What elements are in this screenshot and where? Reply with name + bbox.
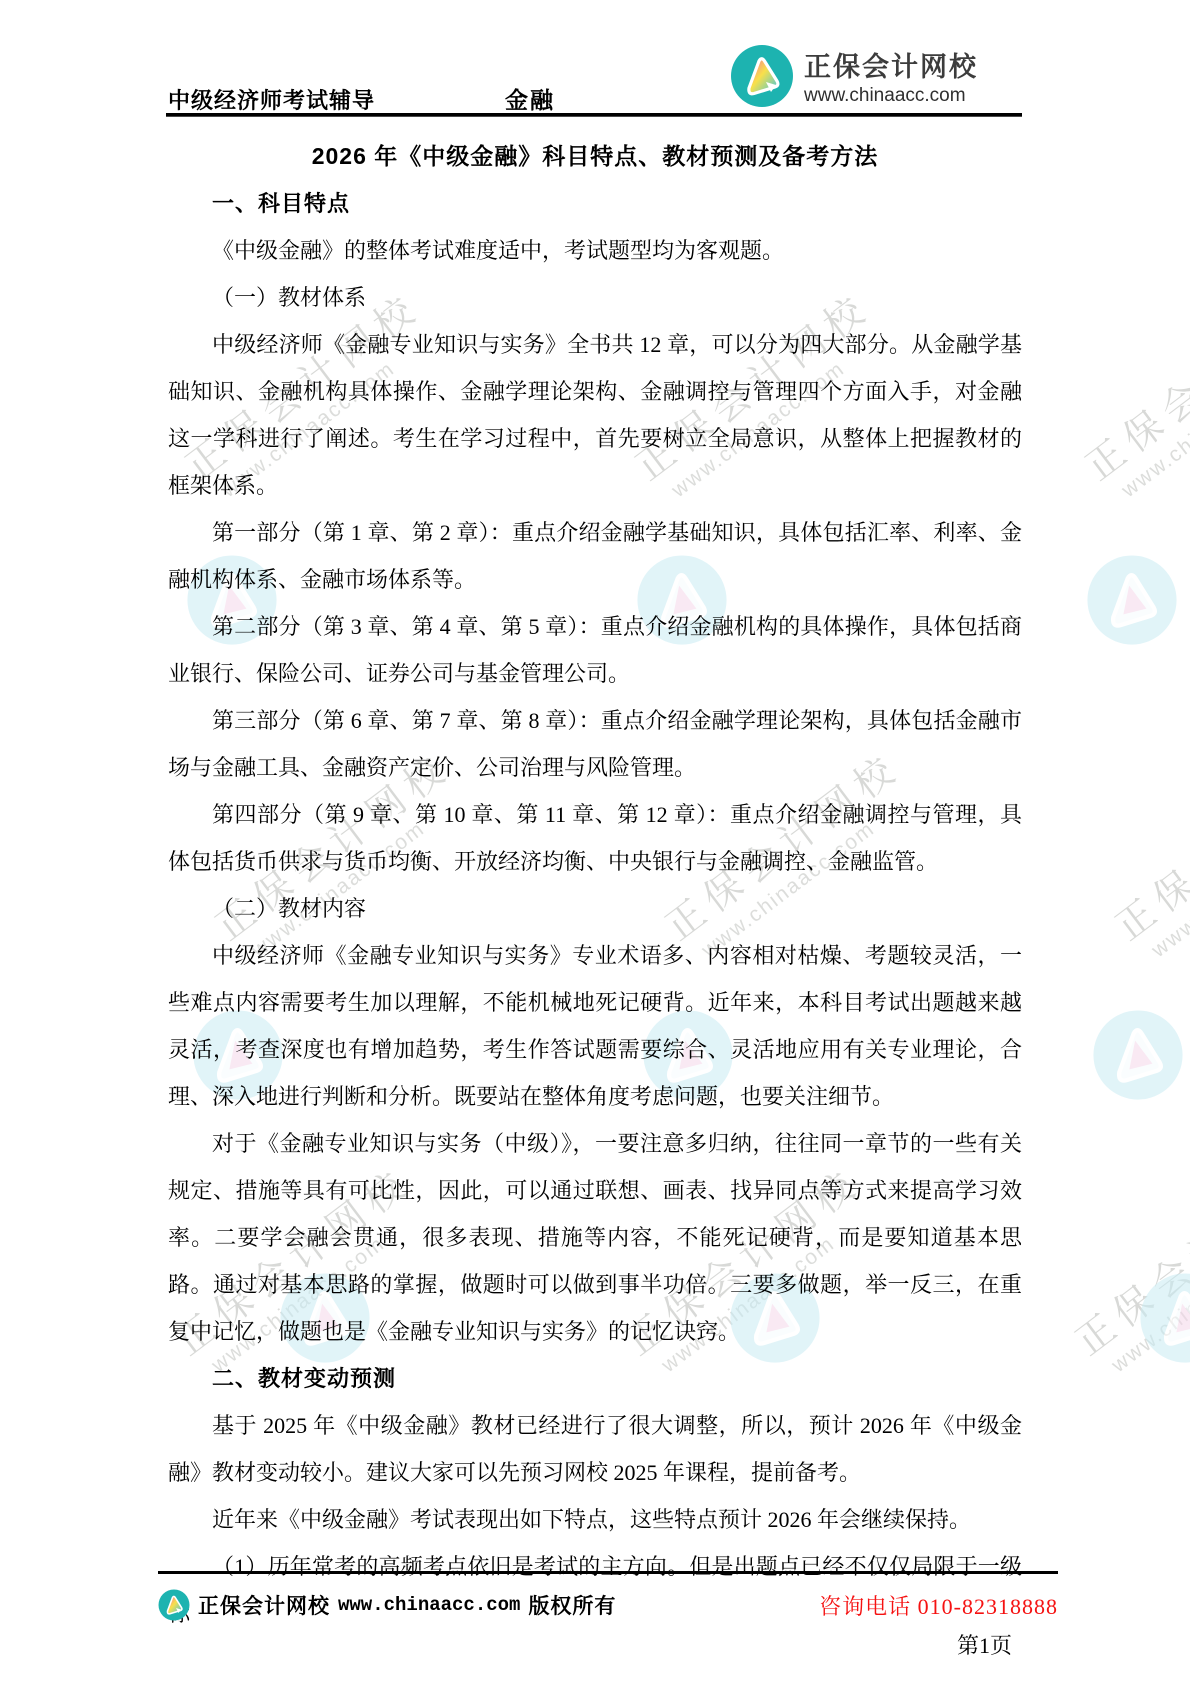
section-heading: 二、教材变动预测 xyxy=(168,1355,1022,1402)
paragraph: 第三部分（第 6 章、第 7 章、第 8 章）：重点介绍金融学理论架构，具体包括… xyxy=(168,697,1022,791)
page-number: 第1页 xyxy=(957,1629,1012,1660)
document-content: 一、科目特点《中级金融》的整体考试难度适中，考试题型均为客观题。（一）教材体系中… xyxy=(168,180,1022,1637)
paragraph: 基于 2025 年《中级金融》教材已经进行了很大调整，所以，预计 2026 年《… xyxy=(168,1402,1022,1496)
watermark-text: 正保会计网校www.chinaacc.com xyxy=(1102,690,1190,971)
paragraph: 中级经济师《金融专业知识与实务》全书共 12 章，可以分为四大部分。从金融学基础… xyxy=(168,321,1022,509)
brand-logo-icon xyxy=(730,44,794,108)
footer-site-url: www.chinaacc.com xyxy=(338,1594,520,1616)
paragraph: 第一部分（第 1 章、第 2 章）：重点介绍金融学基础知识，具体包括汇率、利率、… xyxy=(168,509,1022,603)
footer-brand-name: 正保会计网校 xyxy=(198,1590,330,1620)
watermark-logo-icon xyxy=(1139,1272,1190,1364)
brand-site-url: www.chinaacc.com xyxy=(804,85,978,107)
footer-rights-label: 版权所有 xyxy=(528,1590,616,1620)
header-rule xyxy=(166,113,1022,117)
watermark-text: 正保会计网校www.chinaacc.com xyxy=(1072,230,1190,511)
paragraph: 中级经济师《金融专业知识与实务》专业术语多、内容相对枯燥、考题较灵活，一些难点内… xyxy=(168,932,1022,1120)
page-footer: 正保会计网校 www.chinaacc.com 版权所有 咨询电话 010-82… xyxy=(0,1571,1190,1683)
footer-copyright: 正保会计网校 www.chinaacc.com 版权所有 xyxy=(158,1589,616,1621)
header-course-label: 中级经济师考试辅导 xyxy=(168,84,375,115)
footer-phone: 咨询电话 010-82318888 xyxy=(819,1590,1058,1621)
footer-rule xyxy=(158,1571,1058,1574)
paragraph: 《中级金融》的整体考试难度适中，考试题型均为客观题。 xyxy=(168,227,1022,274)
footer-brand-logo-icon xyxy=(158,1589,190,1621)
brand-logo: 正保会计网校 www.chinaacc.com xyxy=(730,44,978,108)
paragraph: 第四部分（第 9 章、第 10 章、第 11 章、第 12 章）：重点介绍金融调… xyxy=(168,791,1022,885)
document-page: 2026 年《中级金融》科目特点、教材预测及备考方法 一、科目特点《中级金融》的… xyxy=(168,119,1022,1637)
header-subject-label: 金融 xyxy=(505,82,555,115)
watermark-logo-icon xyxy=(1092,1009,1184,1101)
paragraph: 对于《金融专业知识与实务（中级）》，一要注意多归纳，往往同一章节的一些有关规定、… xyxy=(168,1120,1022,1355)
document-title: 2026 年《中级金融》科目特点、教材预测及备考方法 xyxy=(168,133,1022,180)
paragraph: 第二部分（第 3 章、第 4 章、第 5 章）：重点介绍金融机构的具体操作，具体… xyxy=(168,603,1022,697)
section-heading: 一、科目特点 xyxy=(168,180,1022,227)
watermark-logo-icon xyxy=(1086,554,1178,646)
paragraph: 近年来《中级金融》考试表现出如下特点，这些特点预计 2026 年会继续保持。 xyxy=(168,1496,1022,1543)
brand-name: 正保会计网校 xyxy=(804,45,978,84)
brand-text: 正保会计网校 www.chinaacc.com xyxy=(804,45,978,107)
paragraph: （二）教材内容 xyxy=(168,885,1022,932)
paragraph: （一）教材体系 xyxy=(168,274,1022,321)
watermark-text: 正保会计网校www.chinaacc.com xyxy=(1062,1105,1190,1386)
